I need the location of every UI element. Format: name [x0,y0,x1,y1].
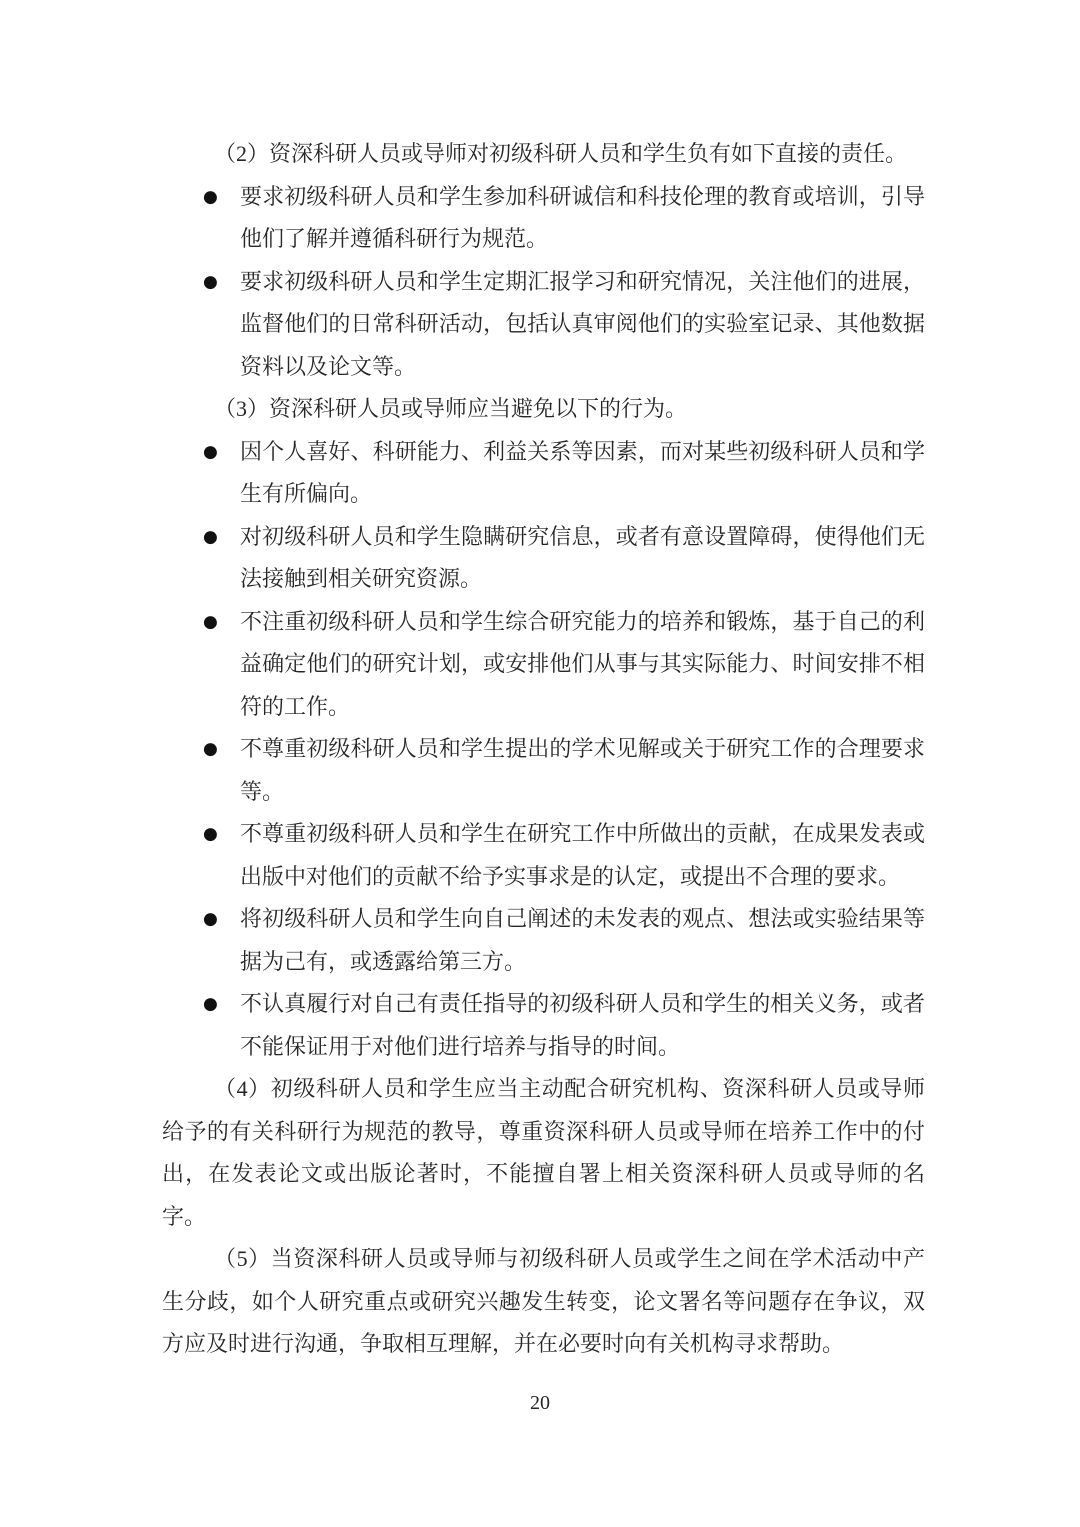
bullet-text: 不注重初级科研人员和学生综合研究能力的培养和锻炼，基于自己的利益确定他们的研究计… [240,609,925,719]
numbered-paragraph-3: （3）资深科研人员或导师应当避免以下的行为。 [162,388,925,431]
document-page: （2）资深科研人员或导师对初级科研人员和学生负有如下直接的责任。 ● 要求初级科… [0,0,1080,1527]
bullet-text: 不尊重初级科研人员和学生在研究工作中所做出的贡献，在成果发表或出版中对他们的贡献… [240,821,925,889]
bullet-icon: ● [203,516,218,559]
bullet-text: 对初级科研人员和学生隐瞒研究信息，或者有意设置障碍，使得他们无法接触到相关研究资… [240,524,925,592]
bullet-icon: ● [203,261,218,304]
bullet-icon: ● [203,898,218,941]
bullet-text: 不尊重初级科研人员和学生提出的学术见解或关于研究工作的合理要求等。 [240,736,925,804]
bullet-icon: ● [203,601,218,644]
bullet-item: ● 要求初级科研人员和学生定期汇报学习和研究情况，关注他们的进展，监督他们的日常… [162,261,925,389]
bullet-item: ● 不尊重初级科研人员和学生提出的学术见解或关于研究工作的合理要求等。 [162,728,925,813]
bullet-icon: ● [203,983,218,1026]
bullet-item: ● 因个人喜好、科研能力、利益关系等因素，而对某些初级科研人员和学生有所偏向。 [162,431,925,516]
bullet-item: ● 不尊重初级科研人员和学生在研究工作中所做出的贡献，在成果发表或出版中对他们的… [162,813,925,898]
bullet-icon: ● [203,813,218,856]
numbered-paragraph-5: （5）当资深科研人员或导师与初级科研人员或学生之间在学术活动中产生分歧，如个人研… [162,1238,925,1366]
bullet-icon: ● [203,176,218,219]
bullet-item: ● 要求初级科研人员和学生参加科研诚信和科技伦理的教育或培训，引导他们了解并遵循… [162,176,925,261]
bullet-item: ● 对初级科研人员和学生隐瞒研究信息，或者有意设置障碍，使得他们无法接触到相关研… [162,516,925,601]
bullet-text: 因个人喜好、科研能力、利益关系等因素，而对某些初级科研人员和学生有所偏向。 [240,439,925,507]
document-body: （2）资深科研人员或导师对初级科研人员和学生负有如下直接的责任。 ● 要求初级科… [162,133,925,1366]
bullet-text: 要求初级科研人员和学生定期汇报学习和研究情况，关注他们的进展，监督他们的日常科研… [240,269,925,379]
bullet-icon: ● [203,728,218,771]
numbered-paragraph-4: （4）初级科研人员和学生应当主动配合研究机构、资深科研人员或导师给予的有关科研行… [162,1068,925,1238]
bullet-text: 要求初级科研人员和学生参加科研诚信和科技伦理的教育或培训，引导他们了解并遵循科研… [240,184,925,252]
numbered-paragraph-2: （2）资深科研人员或导师对初级科研人员和学生负有如下直接的责任。 [162,133,925,176]
bullet-text: 将初级科研人员和学生向自己阐述的未发表的观点、想法或实验结果等据为己有，或透露给… [240,906,925,974]
bullet-item: ● 不认真履行对自己有责任指导的初级科研人员和学生的相关义务，或者不能保证用于对… [162,983,925,1068]
bullet-text: 不认真履行对自己有责任指导的初级科研人员和学生的相关义务，或者不能保证用于对他们… [240,991,925,1059]
bullet-item: ● 不注重初级科研人员和学生综合研究能力的培养和锻炼，基于自己的利益确定他们的研… [162,601,925,729]
bullet-item: ● 将初级科研人员和学生向自己阐述的未发表的观点、想法或实验结果等据为己有，或透… [162,898,925,983]
page-number: 20 [0,1390,1080,1416]
bullet-icon: ● [203,431,218,474]
